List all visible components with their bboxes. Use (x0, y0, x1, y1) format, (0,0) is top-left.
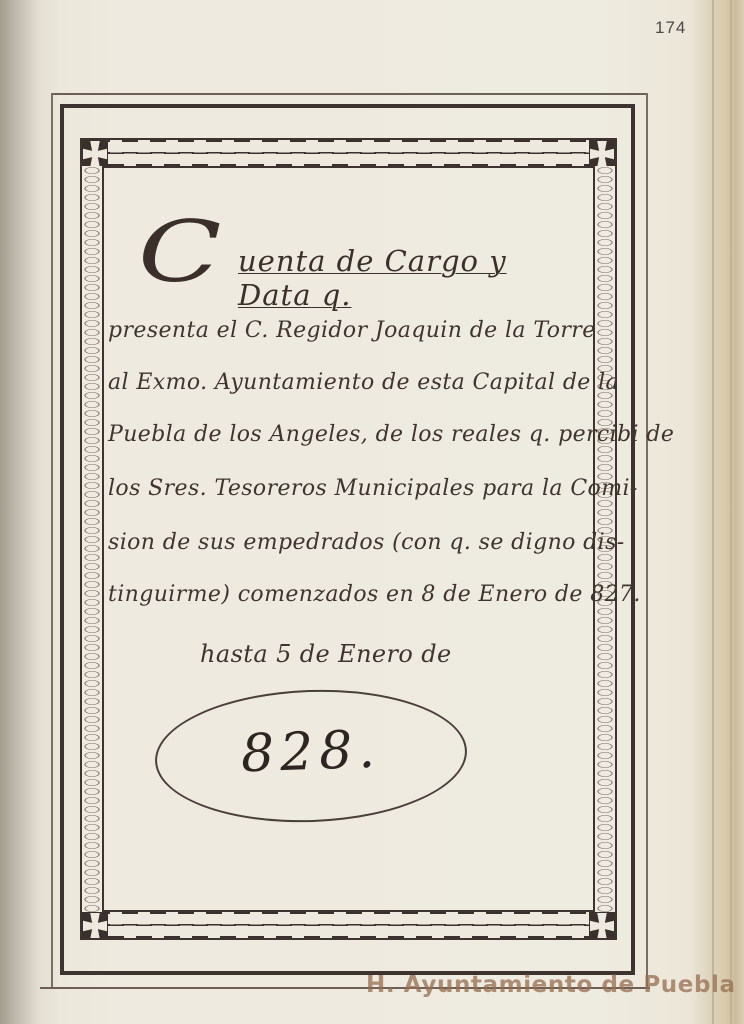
checkered-border-top (80, 138, 617, 168)
checkered-border-bottom (80, 910, 617, 940)
document-title: C uenta de Cargo y Data q. (138, 210, 588, 290)
maltese-cross-icon (590, 913, 614, 939)
title-initial: C (138, 210, 222, 294)
year-text: 828. (156, 717, 466, 788)
page-edge (712, 0, 714, 1024)
manuscript-page: 174 C uenta de Cargo y Data q. presenta … (0, 0, 744, 1024)
outer-rule-left (51, 93, 53, 988)
outer-rule-top (51, 93, 648, 95)
folio-number: 174 (655, 18, 686, 38)
chain-border-left (80, 166, 104, 912)
closing-line: hasta 5 de Enero de (200, 640, 452, 668)
checker-pattern (108, 912, 589, 938)
page-edge (730, 0, 732, 1024)
watermark: H. Ayuntamiento de Puebla (366, 972, 736, 998)
outer-rule-right (646, 93, 648, 988)
body-line: presenta el C. Regidor Joaquin de la Tor… (108, 318, 596, 343)
body-line: tinguirme) comenzados en 8 de Enero de 8… (108, 582, 641, 607)
title-text: uenta de Cargo y Data q. (238, 244, 588, 312)
body-line: los Sres. Tesoreros Municipales para la … (108, 476, 638, 501)
body-line: sion de sus empedrados (con q. se digno … (108, 530, 625, 555)
maltese-cross-icon (83, 913, 107, 939)
body-line: Puebla de los Angeles, de los reales q. … (108, 422, 674, 447)
checker-pattern (108, 140, 589, 166)
maltese-cross-icon (590, 141, 614, 167)
binding-gutter-shadow (0, 0, 40, 1024)
maltese-cross-icon (83, 141, 107, 167)
body-line: al Exmo. Ayuntamiento de esta Capital de… (108, 370, 619, 395)
